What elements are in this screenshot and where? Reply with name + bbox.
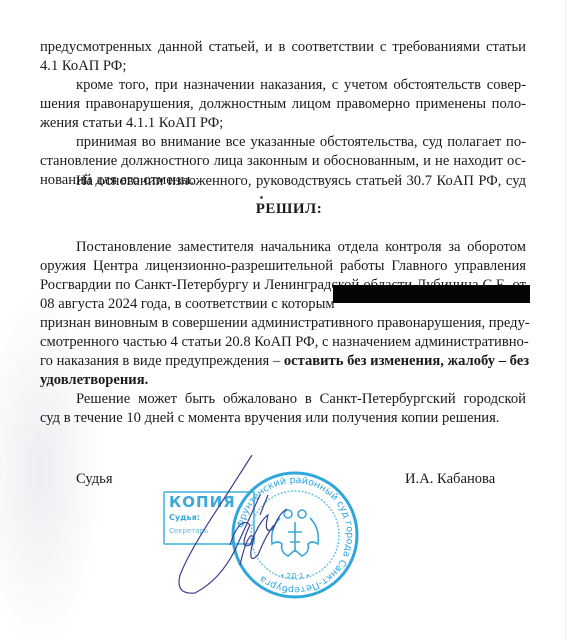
text-plain: го наказания в виде предупреждения – bbox=[40, 353, 284, 369]
redaction-box bbox=[333, 285, 530, 303]
text-line: становление должностного лица законным и… bbox=[40, 152, 526, 171]
text-bold: удовлетворения bbox=[40, 372, 145, 388]
text-line: кроме того, при назначении наказания, с … bbox=[76, 76, 526, 95]
text-line: смотренного частью 4 статьи 20.8 КоАП РФ… bbox=[40, 333, 526, 352]
document-page: предусмотренных данной статьей, и в соот… bbox=[0, 0, 578, 640]
text-line: удовлетворения. bbox=[40, 371, 526, 390]
judge-label: Судья bbox=[76, 471, 113, 488]
text-line: предусмотренных данной статьей, и в соот… bbox=[40, 38, 526, 57]
signature-mark bbox=[160, 455, 310, 605]
text-bold: оставить без изменения, жалобу – без bbox=[284, 353, 529, 369]
page-edge bbox=[565, 0, 566, 640]
text-line: суд в течение 10 дней с момента вручения… bbox=[40, 409, 526, 428]
judge-name: И.А. Кабанова bbox=[405, 471, 495, 488]
text-line: шения правонарушения, должностным лицом … bbox=[40, 95, 526, 114]
text-line: признан виновным в совершении администра… bbox=[40, 314, 526, 333]
text-line: Постановление заместителя начальника отд… bbox=[76, 238, 526, 257]
text-plain: . bbox=[145, 372, 149, 388]
decision-heading: РЕШИЛ: bbox=[0, 201, 578, 218]
text-line: Решение может быть обжаловано в Санкт-Пе… bbox=[76, 390, 526, 409]
text-line: го наказания в виде предупреждения – ост… bbox=[40, 352, 526, 371]
text-line: 4.1 КоАП РФ; bbox=[40, 57, 526, 76]
text-line: оружия Центра лицензионно-разрешительной… bbox=[40, 257, 526, 276]
text-line: принимая во внимание все указанные обсто… bbox=[76, 133, 526, 152]
text-line: На основании изложенного, руководствуясь… bbox=[76, 172, 526, 191]
dot-mark bbox=[260, 196, 263, 199]
text-line: жения статьи 4.1.1 КоАП РФ; bbox=[40, 114, 526, 133]
